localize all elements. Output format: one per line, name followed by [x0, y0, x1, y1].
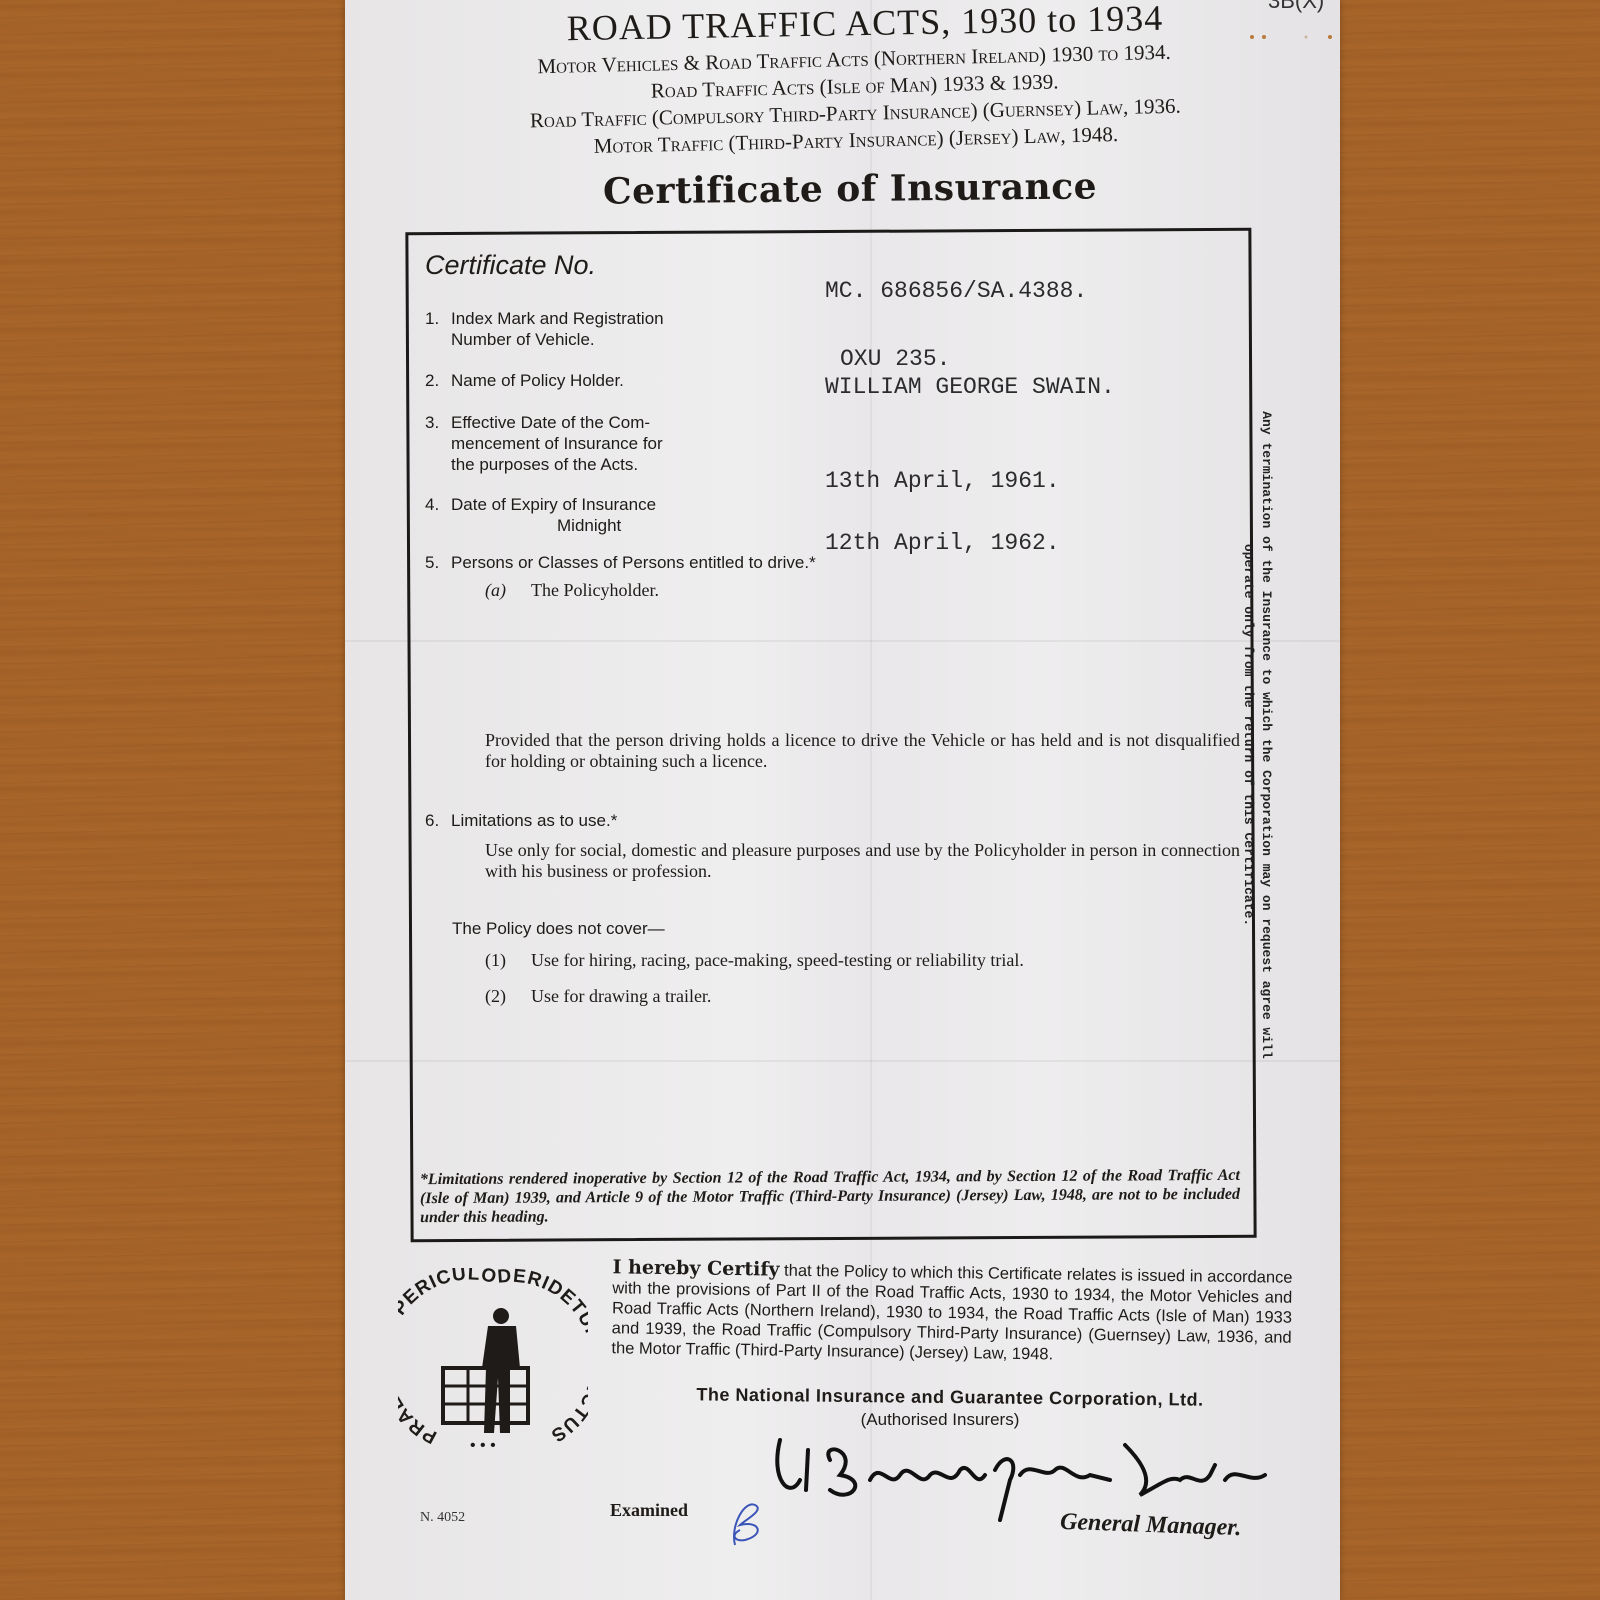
- item-1-label: 1.Index Mark and Registration Number of …: [425, 308, 664, 350]
- expiry-date-value: 12th April, 1962.: [825, 530, 1060, 556]
- vehicle-registration-value: OXU 235.: [840, 346, 950, 372]
- examiner-initials: [725, 1490, 775, 1550]
- item-4-label: 4.Date of Expiry of Insurance Midnight: [425, 494, 656, 536]
- certification-statement: I hereby Certify that the Policy to whic…: [611, 1257, 1292, 1367]
- company-seal: PRAETERITO PERICULO DERIDETUR SANCTUS • …: [398, 1268, 588, 1458]
- limitations-text: Use only for social, domestic and pleasu…: [485, 840, 1240, 882]
- certificate-no-label: Certificate No.: [425, 250, 596, 281]
- svg-text:• • •: • • •: [470, 1437, 496, 1454]
- item-5a: (a)The Policyholder.: [485, 580, 659, 601]
- not-cover-item-1: (1)Use for hiring, racing, pace-making, …: [485, 950, 1024, 971]
- side-note: Any termination of the Insurance to whic…: [1239, 405, 1275, 1065]
- certificate-no-value: MC. 686856/SA.4388.: [825, 278, 1087, 304]
- policy-holder-value: WILLIAM GEORGE SWAIN.: [825, 374, 1115, 400]
- acts-list: Motor Vehicles & Road Traffic Acts (Nort…: [404, 36, 1306, 164]
- certificate-title: Certificate of Insurance: [600, 165, 1100, 212]
- item-6-label: 6.Limitations as to use.*: [425, 810, 617, 831]
- footnote: *Limitations rendered inoperative by Sec…: [420, 1166, 1240, 1227]
- form-number: N. 4052: [420, 1510, 465, 1526]
- examined-label: Examined: [610, 1500, 688, 1521]
- not-cover-heading: The Policy does not cover—: [452, 918, 665, 939]
- form-reference: 3B(X): [1268, 0, 1324, 14]
- item-3-label: 3.Effective Date of the Com- mencement o…: [425, 412, 663, 475]
- licence-proviso: Provided that the person driving holds a…: [485, 730, 1240, 772]
- item-2-label: 2.Name of Policy Holder.: [425, 370, 624, 391]
- item-5-label: 5.Persons or Classes of Persons entitled…: [425, 552, 816, 573]
- not-cover-item-2: (2)Use for drawing a trailer.: [485, 986, 711, 1007]
- effective-date-value: 13th April, 1961.: [825, 468, 1060, 494]
